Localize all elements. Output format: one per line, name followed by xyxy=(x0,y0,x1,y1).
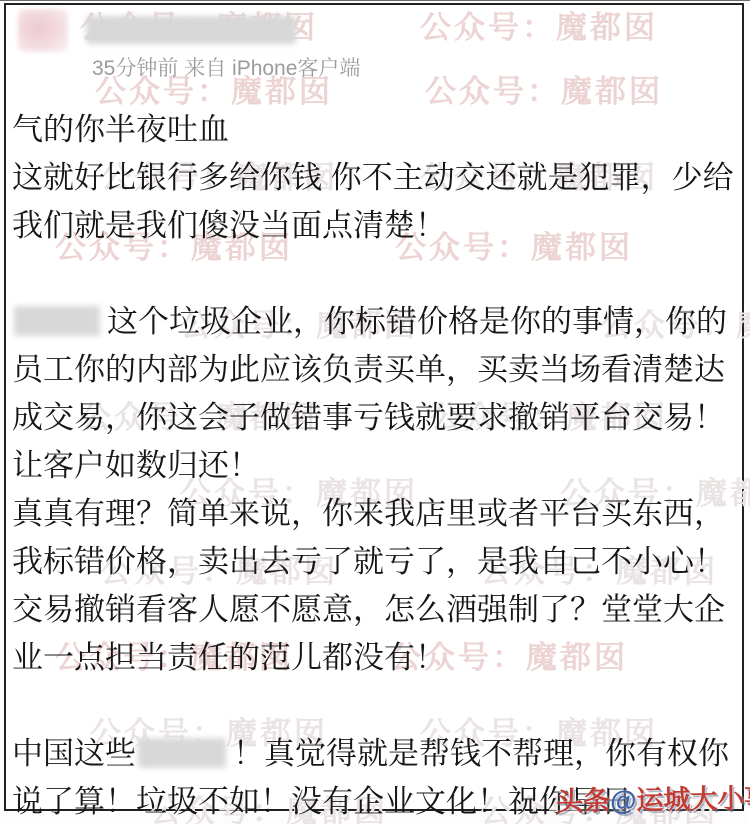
body-line xyxy=(12,682,742,730)
body-line: 我标错价格，卖出去亏了就亏了，是我自己不小心！ xyxy=(12,538,742,586)
body-line: 成交易，你这会子做错事亏钱就要求撤销平台交易！ xyxy=(12,394,742,442)
body-text: 成交易，你这会子做错事亏钱就要求撤销平台交易！ xyxy=(12,400,725,435)
body-line: 中国这些！真觉得就是帮钱不帮理，你有权你 xyxy=(12,730,742,778)
body-line: 业一点担当责任的范儿都没有！ xyxy=(12,634,742,682)
body-text: 说了算！垃圾不如！没有企业文化！祝你早日 xyxy=(12,784,632,819)
body-line: 员工你的内部为此应该负责买单，买卖当场看清楚达 xyxy=(12,346,742,394)
username-redacted xyxy=(86,16,296,44)
post-body: 气的你半夜吐血这就好比银行多给你钱 你不主动交还就是犯罪，少给我们就是我们傻没当… xyxy=(12,106,742,824)
body-text: 这就好比银行多给你钱 你不主动交还就是犯罪，少给 xyxy=(12,160,734,195)
body-line xyxy=(12,250,742,298)
toutiao-watermark: 头条@运城大小事 xyxy=(556,776,750,819)
body-line: 交易撤销看客人愿不愿意，怎么酒强制了？堂堂大企 xyxy=(12,586,742,634)
screenshot-top-edge xyxy=(0,0,750,1)
body-line: 真真有理？简单来说，你来我店里或者平台买东西， xyxy=(12,490,742,538)
body-text: 中国这些 xyxy=(12,736,136,771)
watermark-text: 公众号：魔都囡 xyxy=(420,2,658,47)
redacted-text xyxy=(138,738,226,768)
avatar xyxy=(18,9,68,52)
stamp-prefix: 头条 xyxy=(556,786,611,817)
body-line: 气的你半夜吐血 xyxy=(12,106,742,154)
body-text: ！真觉得就是帮钱不帮理，你有权你 xyxy=(233,736,729,771)
body-text: 业一点担当责任的范儿都没有！ xyxy=(12,640,446,675)
body-line: 这就好比银行多给你钱 你不主动交还就是犯罪，少给 xyxy=(12,154,742,202)
body-text: 我标错价格，卖出去亏了就亏了，是我自己不小心！ xyxy=(12,544,725,579)
body-text: 交易撤销看客人愿不愿意，怎么酒强制了？堂堂大企 xyxy=(12,592,725,627)
body-text: 这个垃圾企业，你标错价格是你的事情，你的 xyxy=(107,304,727,339)
redacted-text xyxy=(14,306,100,336)
body-text: 员工你的内部为此应该负责买单，买卖当场看清楚达 xyxy=(12,352,725,387)
body-line: 让客户如数归还！ xyxy=(12,442,742,490)
stamp-channel-name: 运城大小事 xyxy=(636,783,750,815)
watermark-text: 公众号：魔都囡 xyxy=(425,66,663,111)
post-timestamp: 35分钟前 来自 iPhone客户端 xyxy=(92,52,360,82)
body-text: 让客户如数归还！ xyxy=(12,448,260,483)
at-icon: @ xyxy=(610,785,637,815)
body-text: 真真有理？简单来说，你来我店里或者平台买东西， xyxy=(12,496,725,531)
body-line: 我们就是我们傻没当面点清楚！ xyxy=(12,202,742,250)
body-text: 我们就是我们傻没当面点清楚！ xyxy=(12,208,446,243)
body-text: 气的你半夜吐血 xyxy=(12,112,229,147)
body-line: 这个垃圾企业，你标错价格是你的事情，你的 xyxy=(12,298,742,346)
